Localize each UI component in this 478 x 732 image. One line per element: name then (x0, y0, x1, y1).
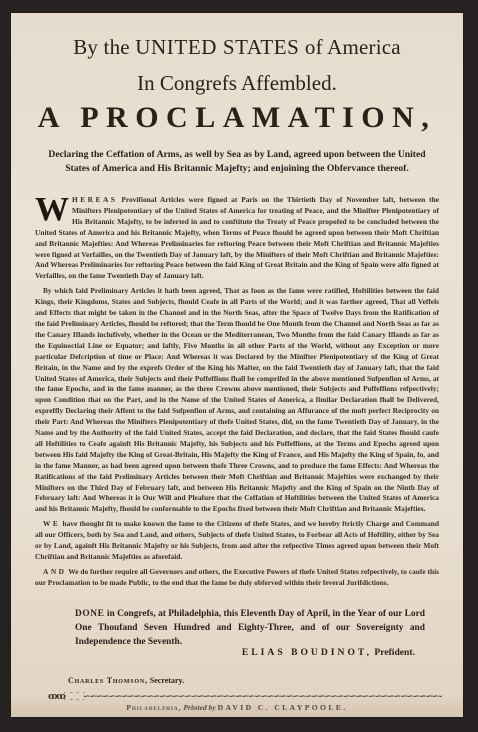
done-clause: DONE in Congrefs, at Philadelphia, this … (75, 607, 425, 650)
paragraph-text: Provifional Articles were figned at Pari… (35, 195, 439, 280)
paragraph-lead: HEREAS (72, 195, 117, 204)
done-text: in Congrefs, at Philadelphia, this Eleve… (75, 609, 425, 647)
imprint-place: Philadelphia, (126, 703, 181, 712)
drop-cap: W (35, 197, 69, 223)
heading-suffix: of America (299, 35, 400, 59)
ornamental-rule: ꝏꝏ⁐⁐⁐∽∽∽∽∽∽∽∽∽∽∽∽∽∽∽∽∽∽∽∽∽∽∽∽∽∽∽∽∽∽∽∽∽∽∽… (48, 692, 442, 700)
subtitle: Declaring the Ceffation of Arms, as well… (41, 148, 433, 176)
proclamation-body: WHEREAS Provifional Articles were figned… (35, 195, 439, 593)
heading-united-states: UNITED STATES (135, 35, 299, 59)
imprint-printed-by: Printed by (182, 703, 218, 712)
imprint-printer: DAVID C. CLAYPOOLE. (218, 703, 348, 712)
paragraph-whereas: WHEREAS Provifional Articles were figned… (35, 195, 439, 282)
paragraph-lead: AND (43, 567, 67, 576)
done-lead: DONE (75, 609, 105, 619)
paragraph-articles: By which faid Preliminary Articles it ha… (35, 286, 439, 515)
paragraph-we: WE have thought fit to make known the fa… (35, 519, 439, 563)
heading-line-1: By the UNITED STATES of America (11, 35, 463, 60)
paragraph-text: have thought fit to make known the fame … (35, 519, 439, 561)
president-title: Prefident. (372, 647, 415, 658)
paragraph-lead: WE (43, 519, 60, 528)
proclamation-document: By the UNITED STATES of America In Congr… (11, 13, 463, 717)
printer-imprint: Philadelphia, Printed by DAVID C. CLAYPO… (11, 703, 463, 712)
secretary-name: Charles Thomson, (68, 676, 148, 685)
secretary-signature: Charles Thomson, Secretary. (68, 676, 184, 685)
heading-prefix: By the (73, 35, 135, 59)
paragraph-text: We do further require all Governors and … (35, 567, 439, 587)
president-signature: ELIAS BOUDINOT, Prefident. (11, 647, 415, 658)
heading-line-2: In Congrefs Affembled. (11, 71, 463, 96)
president-name: ELIAS BOUDINOT, (242, 647, 372, 658)
paragraph-text: By which faid Preliminary Articles it ha… (35, 286, 439, 513)
proclamation-title: A PROCLAMATION, (11, 101, 463, 135)
secretary-title: Secretary. (148, 676, 184, 685)
paragraph-and: AND We do further require all Governors … (35, 567, 439, 589)
